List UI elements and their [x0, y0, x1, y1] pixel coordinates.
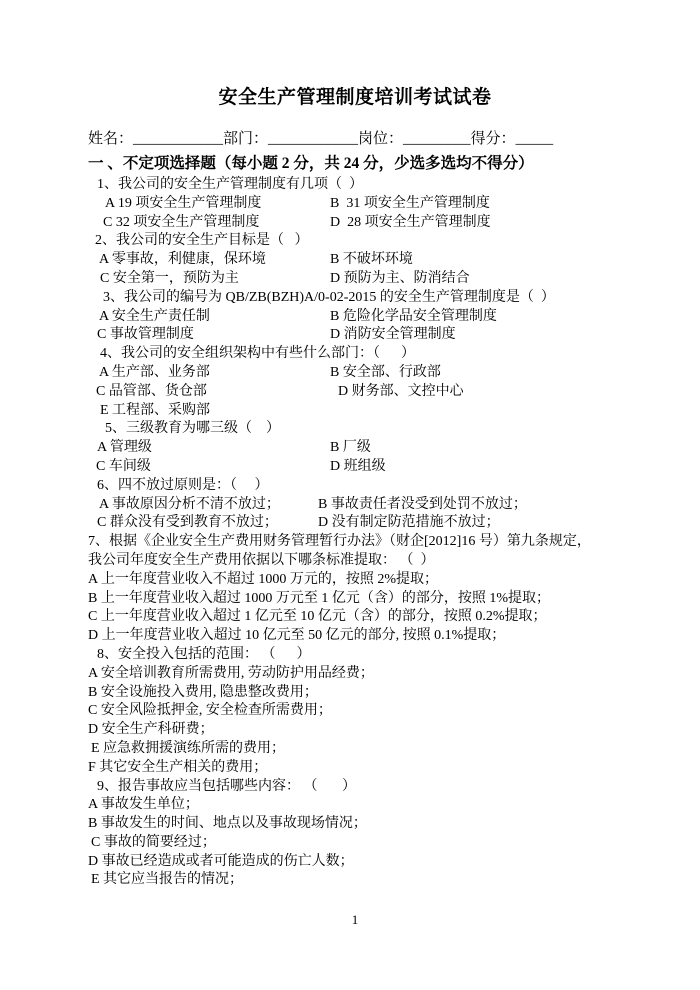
name-blank: ____________ — [133, 131, 223, 147]
option-text: C 上一年度营业收入超过 1 亿元至 10 亿元（含）的部分，按照 0.2%提取… — [88, 609, 547, 624]
option-cell-left: A 事故原因分析不清不放过； — [99, 497, 280, 512]
option-line: E 工程部、采购部 — [88, 402, 622, 421]
options-row: A 零事故，利健康，保环境B 不破坏环境 — [88, 251, 622, 270]
options-row: A 事故原因分析不清不放过；B 事故责任者没受到处罚不放过； — [88, 496, 622, 515]
option-line: B 安全设施投入费用, 隐患整改费用； — [88, 684, 622, 703]
option-cell-right: B 事故责任者没受到处罚不放过； — [318, 496, 527, 515]
option-line: B 上一年度营业收入超过 1000 万元至 1 亿元（含）的部分，按照 1%提取… — [88, 590, 622, 609]
exam-title: 安全生产管理制度培训考试试卷 — [88, 86, 622, 110]
option-cell-right: B 不破坏环境 — [330, 251, 413, 270]
position-label: 岗位： — [358, 131, 403, 147]
option-line: D 事故已经造成或者可能造成的伤亡人数； — [88, 853, 622, 872]
options-row: A 生产部、业务部B 安全部、行政部 — [88, 364, 622, 383]
option-text: B 事故发生的时间、地点以及事故现场情况； — [88, 816, 367, 831]
options-row: A 安全生产责任制B 危险化学品安全管理制度 — [88, 308, 622, 327]
option-text: D 上一年度营业收入超过 10 亿元至 50 亿元的部分, 按照 0.1%提取； — [88, 628, 505, 643]
option-cell-right: D 财务部、文控中心 — [338, 383, 464, 402]
options-row: C 安全第一，预防为主D 预防为主、防消结合 — [88, 270, 622, 289]
department-label: 部门： — [223, 131, 268, 147]
option-cell-right: D 班组级 — [330, 458, 386, 477]
question-stem: 3、我公司的编号为 QB/ZB(BZH)A/0-02-2015 的安全生产管理制… — [88, 289, 622, 308]
option-cell-left: A 生产部、业务部 — [99, 365, 210, 380]
option-cell-left: C 事故管理制度 — [97, 327, 194, 342]
option-text: E 其它应当报告的情况； — [91, 872, 243, 887]
stem-text: 4、我公司的安全组织架构中有些什么部门：（ ） — [100, 346, 415, 361]
option-line: A 上一年度营业收入不超过 1000 万元的，按照 2%提取； — [88, 571, 622, 590]
stem-text: 5、三级教育为哪三级（ ） — [105, 421, 280, 436]
option-line: F 其它安全生产相关的费用； — [88, 759, 622, 778]
option-cell-left: C 群众没有受到教育不放过； — [97, 515, 278, 530]
option-text: B 安全设施投入费用, 隐患整改费用； — [88, 685, 318, 700]
option-text: D 事故已经造成或者可能造成的伤亡人数； — [88, 854, 354, 869]
option-text: C 事故的简要经过； — [91, 835, 216, 850]
option-text: E 工程部、采购部 — [100, 403, 210, 418]
question-stem-continued: 我公司年度安全生产费用依据以下哪条标准提取： （ ） — [88, 552, 622, 571]
question-stem: 6、四不放过原则是：（ ） — [88, 477, 622, 496]
option-text: A 上一年度营业收入不超过 1000 万元的，按照 2%提取； — [88, 572, 438, 587]
option-text: C 安全风险抵押金, 安全检查所需费用； — [88, 703, 332, 718]
question-stem: 8、安全投入包括的范围： （ ） — [88, 646, 622, 665]
page-number: 1 — [88, 912, 622, 928]
option-text: B 上一年度营业收入超过 1000 万元至 1 亿元（含）的部分，按照 1%提取… — [88, 591, 550, 606]
option-text: E 应急救拥援演练所需的费用； — [91, 741, 285, 756]
stem-text: 8、安全投入包括的范围： （ ） — [97, 647, 311, 662]
option-cell-left: C 32 项安全生产管理制度 — [103, 215, 259, 230]
stem-text: 6、四不放过原则是：（ ） — [97, 478, 269, 493]
option-text: F 其它安全生产相关的费用； — [88, 760, 267, 775]
score-label: 得分： — [471, 131, 516, 147]
option-cell-right: B 安全部、行政部 — [330, 364, 441, 383]
option-cell-left: C 车间级 — [96, 459, 151, 474]
option-cell-right: D 没有制定防范措施不放过； — [318, 514, 500, 533]
option-line: A 安全培训教育所需费用, 劳动防护用品经费； — [88, 665, 622, 684]
options-row: C 事故管理制度D 消防安全管理制度 — [88, 326, 622, 345]
option-text: A 事故发生单位； — [88, 797, 199, 812]
options-row: C 车间级D 班组级 — [88, 458, 622, 477]
option-cell-right: D 消防安全管理制度 — [330, 326, 456, 345]
question-stem: 7、根据《企业安全生产费用财务管理暂行办法》（财企[2012]16 号）第九条规… — [88, 533, 622, 552]
option-line: C 安全风险抵押金, 安全检查所需费用； — [88, 702, 622, 721]
option-cell-left: A 零事故，利健康，保环境 — [99, 252, 266, 267]
stem-text: 7、根据《企业安全生产费用财务管理暂行办法》（财企[2012]16 号）第九条规… — [88, 534, 591, 549]
option-line: B 事故发生的时间、地点以及事故现场情况； — [88, 815, 622, 834]
option-cell-right: B 厂级 — [330, 439, 371, 458]
stem-text: 2、我公司的安全生产目标是（ ） — [95, 233, 309, 248]
stem-text: 1、我公司的安全生产管理制度有几项（ ） — [97, 177, 363, 192]
department-blank: ____________ — [268, 131, 358, 147]
stem-text: 我公司年度安全生产费用依据以下哪条标准提取： （ ） — [88, 553, 435, 568]
option-line: E 其它应当报告的情况； — [88, 871, 622, 890]
option-cell-left: A 19 项安全生产管理制度 — [105, 196, 261, 211]
option-cell-left: A 管理级 — [97, 440, 152, 455]
option-cell-right: B 31 项安全生产管理制度 — [330, 195, 490, 214]
score-blank: _____ — [516, 131, 554, 147]
option-line: A 事故发生单位； — [88, 796, 622, 815]
stem-text: 9、报告事故应当包括哪些内容： （ ） — [97, 779, 356, 794]
option-cell-right: D 28 项安全生产管理制度 — [330, 214, 491, 233]
options-row: C 群众没有受到教育不放过；D 没有制定防范措施不放过； — [88, 514, 622, 533]
option-line: C 事故的简要经过； — [88, 834, 622, 853]
options-row: C 32 项安全生产管理制度D 28 项安全生产管理制度 — [88, 214, 622, 233]
question-stem: 9、报告事故应当包括哪些内容： （ ） — [88, 778, 622, 797]
option-cell-right: D 预防为主、防消结合 — [330, 270, 470, 289]
question-stem: 2、我公司的安全生产目标是（ ） — [88, 232, 622, 251]
exam-header-fields: 姓名：____________部门：____________岗位：_______… — [88, 129, 622, 149]
option-cell-right: B 危险化学品安全管理制度 — [330, 308, 497, 327]
question-stem: 1、我公司的安全生产管理制度有几项（ ） — [88, 176, 622, 195]
position-blank: _________ — [403, 131, 471, 147]
option-text: D 安全生产科研费； — [88, 722, 214, 737]
option-line: C 上一年度营业收入超过 1 亿元至 10 亿元（含）的部分，按照 0.2%提取… — [88, 608, 622, 627]
option-text: A 安全培训教育所需费用, 劳动防护用品经费； — [88, 666, 374, 681]
options-row: A 19 项安全生产管理制度B 31 项安全生产管理制度 — [88, 195, 622, 214]
option-line: E 应急救拥援演练所需的费用； — [88, 740, 622, 759]
question-stem: 5、三级教育为哪三级（ ） — [88, 420, 622, 439]
options-row: A 管理级B 厂级 — [88, 439, 622, 458]
option-cell-left: C 安全第一，预防为主 — [100, 271, 239, 286]
question-body: 1、我公司的安全生产管理制度有几项（ ） A 19 项安全生产管理制度B 31 … — [88, 176, 622, 890]
option-cell-left: C 品管部、货仓部 — [96, 384, 207, 399]
section-heading: 一 、不定项选择题（每小题 2 分，共 24 分，少选多选均不得分） — [88, 154, 622, 174]
name-label: 姓名： — [88, 131, 133, 147]
exam-page: 安全生产管理制度培训考试试卷 姓名：____________部门：_______… — [0, 0, 700, 990]
options-row: C 品管部、货仓部D 财务部、文控中心 — [88, 383, 622, 402]
stem-text: 3、我公司的编号为 QB/ZB(BZH)A/0-02-2015 的安全生产管理制… — [103, 290, 555, 305]
option-line: D 安全生产科研费； — [88, 721, 622, 740]
option-cell-left: A 安全生产责任制 — [99, 309, 210, 324]
question-stem: 4、我公司的安全组织架构中有些什么部门：（ ） — [88, 345, 622, 364]
option-line: D 上一年度营业收入超过 10 亿元至 50 亿元的部分, 按照 0.1%提取； — [88, 627, 622, 646]
